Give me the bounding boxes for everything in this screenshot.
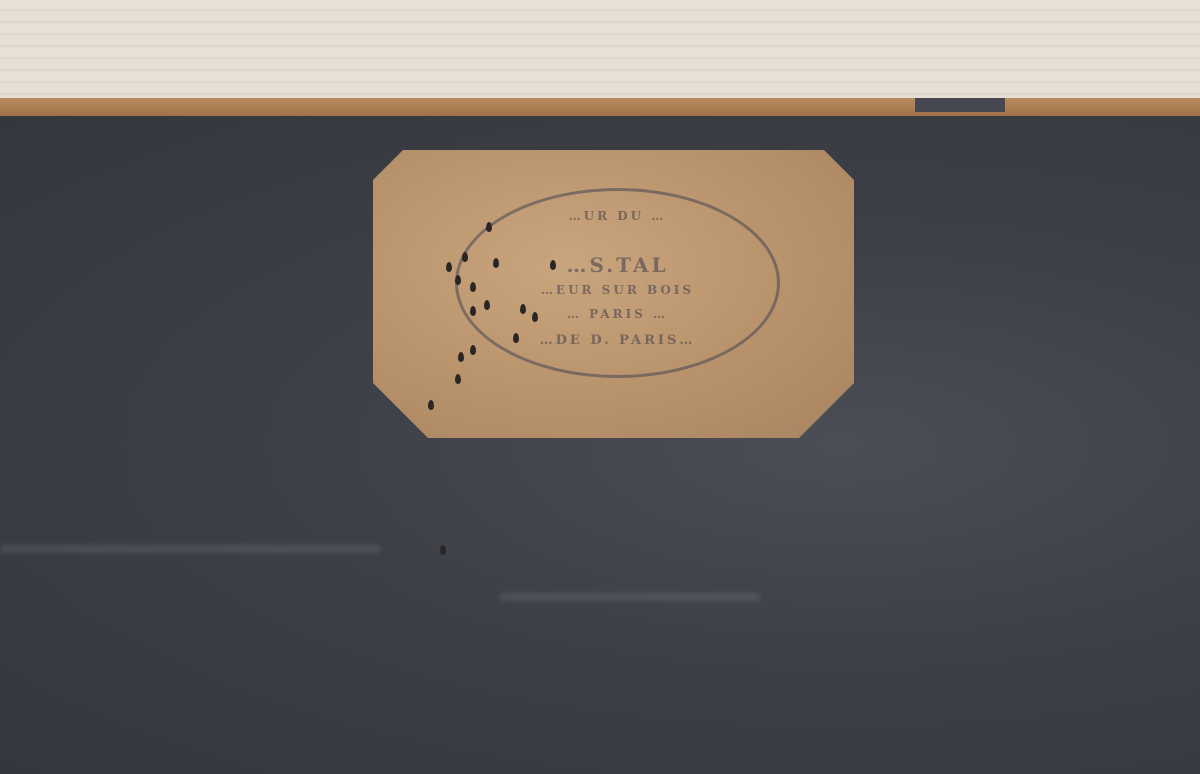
brown-paper-edge (0, 98, 1200, 118)
oval-ink-stamp: …UR DU … …S.TAL …EUR SUR BOIS … PARIS … … (455, 188, 780, 378)
stamp-line-2: …S.TAL (458, 253, 777, 277)
top-lined-paper (0, 0, 1200, 100)
stamp-line-5: …DE D. PARIS… (458, 333, 777, 348)
stamp-line-4: … PARIS … (458, 307, 777, 321)
stamp-line-1: …UR DU … (458, 209, 777, 223)
stamp-line-3: …EUR SUR BOIS (458, 283, 777, 297)
chalk-mark (500, 594, 760, 600)
paper-edge-gap (915, 98, 1005, 112)
chalk-mark (0, 546, 380, 552)
